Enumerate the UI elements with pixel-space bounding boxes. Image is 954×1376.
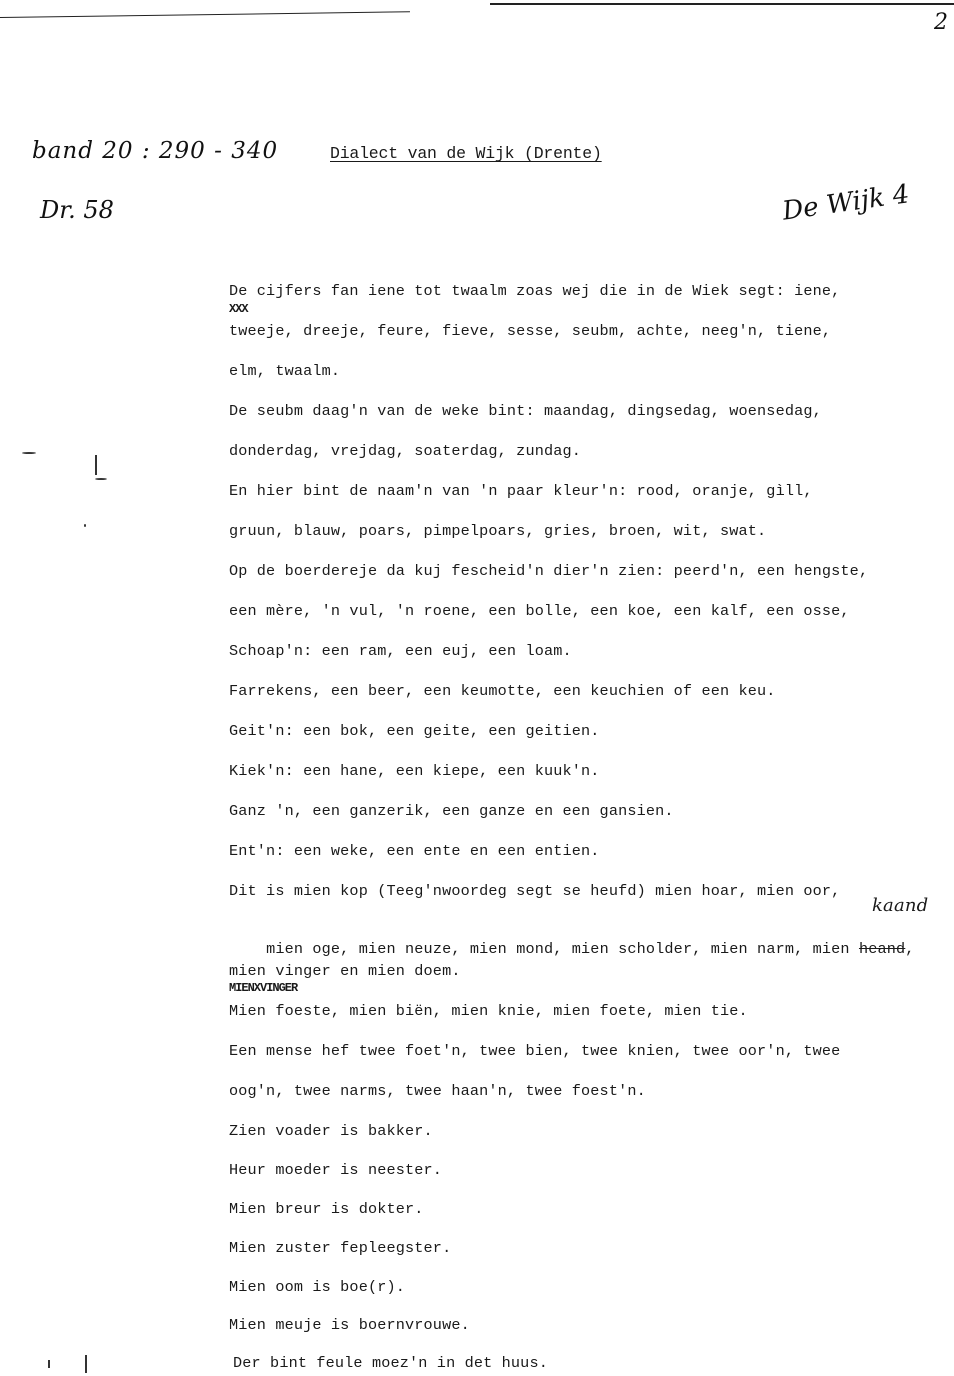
text-line: mien vinger en mien doem. <box>229 962 461 980</box>
text-line: Op de boerdereje da kuj fescheid'n dier'… <box>229 562 868 580</box>
text-line: Schoap'n: een ram, een euj, een loam. <box>229 642 572 660</box>
text-line: Der bint feule moez'n in det huus. <box>233 1354 548 1372</box>
text-line: gruun, blauw, poars, pimpelpoars, gries,… <box>229 522 766 540</box>
handwritten-place: De Wijk 4 <box>781 179 912 226</box>
text-line: Mien meuje is boernvrouwe. <box>229 1316 470 1334</box>
text-line: Farrekens, een beer, een keumotte, een k… <box>229 682 776 700</box>
page-number-mark: 2 <box>934 10 948 35</box>
text-line: mien oge, mien neuze, mien mond, mien sc… <box>229 922 915 994</box>
text-segment: mien oge, mien neuze, mien mond, mien sc… <box>266 940 859 958</box>
text-line: tweeje, dreeje, feure, fieve, sesse, seu… <box>229 322 831 340</box>
handwritten-insert: kaand <box>872 895 928 916</box>
text-line: Mien breur is dokter. <box>229 1200 424 1218</box>
text-line: De seubm daag'n van de weke bint: maanda… <box>229 402 822 420</box>
text-line: De cijfers fan iene tot twaalm zoas wej … <box>229 282 840 300</box>
scan-edge-line <box>490 3 954 5</box>
text-line: Geit'n: een bok, een geite, een geitien. <box>229 722 600 740</box>
scan-speck <box>48 1360 50 1368</box>
text-line: een mère, 'n vul, 'n roene, een bolle, e… <box>229 602 850 620</box>
text-line: Mien oom is boe(r). <box>229 1278 405 1296</box>
text-line: En hier bint de naam'n van 'n paar kleur… <box>229 482 813 500</box>
text-line: Mien foeste, mien biën, mien knie, mien … <box>229 1002 748 1020</box>
text-line: Zien voader is bakker. <box>229 1122 433 1140</box>
scan-speck <box>85 1355 87 1373</box>
text-line: oog'n, twee narms, twee haan'n, twee foe… <box>229 1082 646 1100</box>
text-segment: , <box>905 940 914 958</box>
handwritten-number: Dr. 58 <box>40 196 114 224</box>
text-line: Dit is mien kop (Teeg'nwoordeg segt se h… <box>229 882 840 900</box>
struck-typing: MIENXVINGER <box>229 981 297 995</box>
scan-speck <box>95 478 107 480</box>
scan-edge-line <box>0 11 410 18</box>
struck-word: heand <box>859 940 905 958</box>
scan-speck <box>95 455 97 475</box>
scan-speck <box>22 452 36 454</box>
struck-typing: XXX <box>229 302 248 316</box>
text-line: Ganz 'n, een ganzerik, een ganze en een … <box>229 802 674 820</box>
text-line: donderdag, vrejdag, soaterdag, zundag. <box>229 442 581 460</box>
text-line: Mien zuster fepleegster. <box>229 1239 451 1257</box>
scan-speck <box>84 524 86 527</box>
text-line: Ent'n: een weke, een ente en een entien. <box>229 842 600 860</box>
text-line: elm, twaalm. <box>229 362 340 380</box>
document-title: Dialect van de Wijk (Drente) <box>330 144 602 163</box>
text-line: Een mense hef twee foet'n, twee bien, tw… <box>229 1042 840 1060</box>
text-line: Kiek'n: een hane, een kiepe, een kuuk'n. <box>229 762 600 780</box>
handwritten-reference: band 20 : 290 - 340 <box>32 138 278 164</box>
text-line: Heur moeder is neester. <box>229 1161 442 1179</box>
